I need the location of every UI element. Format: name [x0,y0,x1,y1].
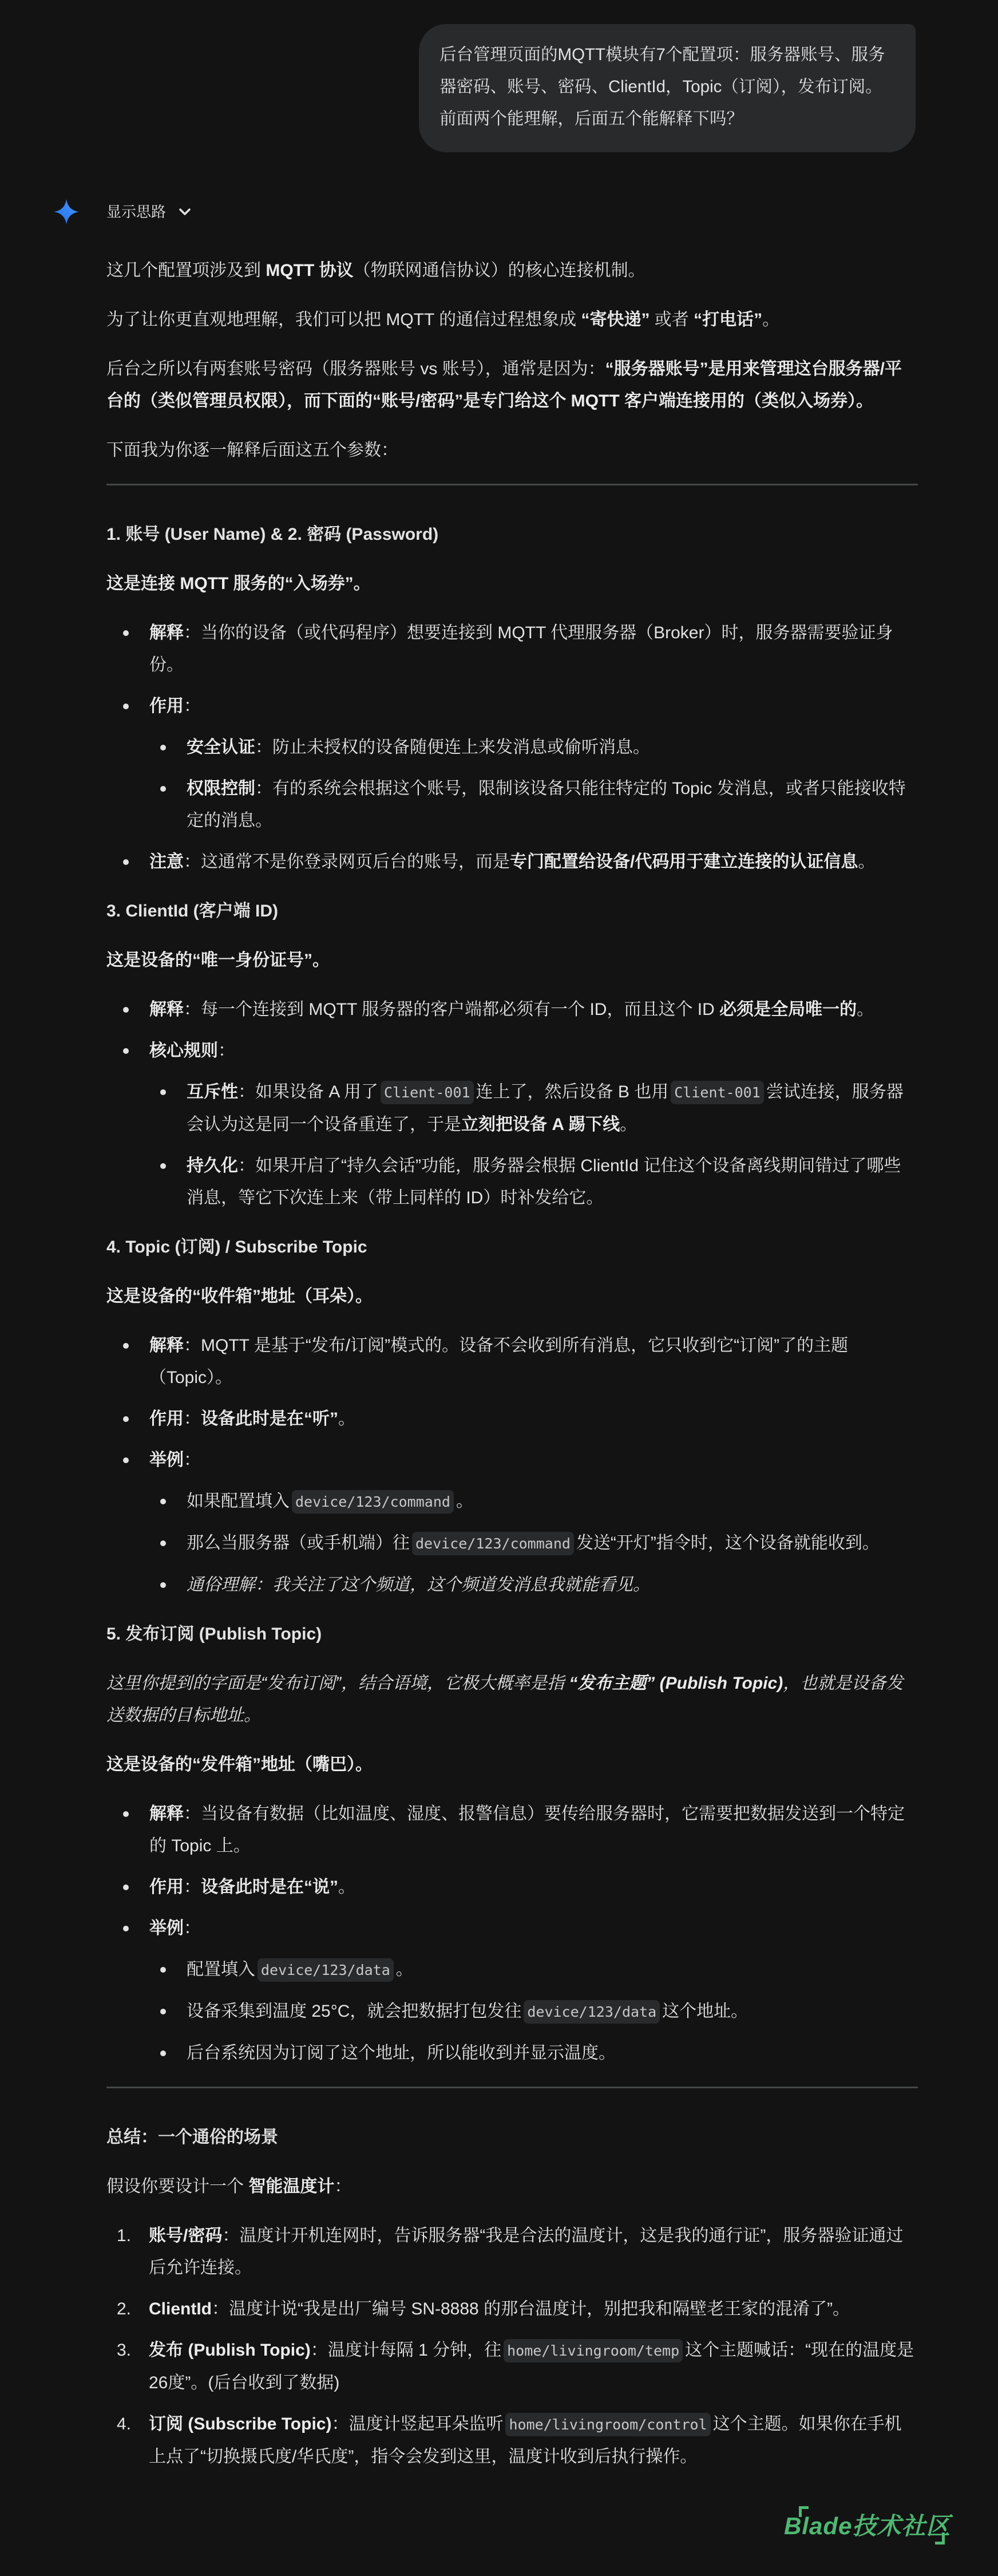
clientid-list: 解释：每一个连接到 MQTT 服务器的客户端都必须有一个 ID，而且这个 ID … [106,994,918,1214]
list-item: 举例： 如果配置填入device/123/command。 那么当服务器（或手机… [149,1444,918,1601]
list-item: 解释：MQTT 是基于“发布/订阅”模式的。设备不会收到所有消息，它只收到它“订… [149,1330,918,1394]
inline-code: device/123/command [412,1532,574,1555]
user-message-bubble: 后台管理页面的MQTT模块有7个配置项：服务器账号、服务器密码、账号、密码、Cl… [419,24,916,152]
intro-paragraph-2: 为了让你更直观地理解，我们可以把 MQTT 的通信过程想象成 “寄快递” 或者 … [106,304,918,336]
inline-code: Client-001 [381,1081,474,1104]
gemini-sparkle-icon [49,195,84,229]
inline-code: device/123/data [524,2000,660,2024]
list-item: 举例： 配置填入device/123/data。 设备采集到温度 25°C，就会… [149,1913,918,2069]
divider [106,484,918,485]
list-item: 2.ClientId：温度计说“我是出厂编号 SN-8888 的那台温度计，别把… [149,2293,918,2325]
list-item: 如果配置填入device/123/command。 [187,1485,918,1518]
user-message-text: 后台管理页面的MQTT模块有7个配置项：服务器账号、服务器密码、账号、密码、Cl… [439,45,885,128]
user-message-row: 后台管理页面的MQTT模块有7个配置项：服务器账号、服务器密码、账号、密码、Cl… [0,24,998,152]
intro-paragraph-3: 后台之所以有两套账号密码（服务器账号 vs 账号），通常是因为：“服务器账号”是… [106,353,918,417]
list-item: 解释：当设备有数据（比如温度、湿度、报警信息）要传给服务器时，它需要把数据发送到… [149,1798,918,1862]
list-item: 权限控制：有的系统会根据这个账号，限制该设备只能往特定的 Topic 发消息，或… [187,773,918,837]
section-subtitle-clientid: 这是设备的“唯一身份证号”。 [106,945,918,977]
section-title-credentials: 1. 账号 (User Name) & 2. 密码 (Password) [106,519,918,551]
summary-intro: 假设你要设计一个 智能温度计： [106,2171,918,2203]
watermark: Blade技术社区 [784,2512,951,2541]
list-item: 4.订阅 (Subscribe Topic)：温度计竖起耳朵监听home/liv… [149,2408,918,2473]
inline-code: home/livingroom/temp [504,2339,683,2362]
list-item: 设备采集到温度 25°C，就会把数据打包发往device/123/data这个地… [187,1996,918,2028]
list-item: 安全认证：防止未授权的设备随便连上来发消息或偷听消息。 [187,732,918,764]
list-item: 后台系统因为订阅了这个地址，所以能收到并显示温度。 [187,2037,918,2069]
section-note-publish-topic: 这里你提到的字面是“发布订阅”，结合语境，它极大概率是指 “发布主题” (Pub… [106,1668,918,1732]
list-item: 1.账号/密码：温度计开机连网时，告诉服务器“我是合法的温度计，这是我的通行证”… [149,2220,918,2284]
divider [106,2087,918,2088]
list-item: 通俗理解：我关注了这个频道，这个频道发消息我就能看见。 [187,1569,918,1601]
subscribe-topic-list: 解释：MQTT 是基于“发布/订阅”模式的。设备不会收到所有消息，它只收到它“订… [106,1330,918,1601]
intro-paragraph-1: 这几个配置项涉及到 MQTT 协议（物联网通信协议）的核心连接机制。 [106,255,918,287]
list-item: 那么当服务器（或手机端）往device/123/command发送“开灯”指令时… [187,1527,918,1560]
section-title-publish-topic: 5. 发布订阅 (Publish Topic) [106,1618,918,1650]
intro-paragraph-4: 下面我为你逐一解释后面这五个参数： [106,434,918,467]
section-title-subscribe-topic: 4. Topic (订阅) / Subscribe Topic [106,1231,918,1263]
list-item: 作用：设备此时是在“听”。 [149,1403,918,1435]
list-item: 配置填入device/123/data。 [187,1954,918,1986]
list-item: 互斥性：如果设备 A 用了Client-001连上了，然后设备 B 也用Clie… [187,1076,918,1141]
publish-topic-list: 解释：当设备有数据（比如温度、湿度、报警信息）要传给服务器时，它需要把数据发送到… [106,1798,918,2069]
inline-code: home/livingroom/control [505,2413,710,2436]
list-item: 解释：每一个连接到 MQTT 服务器的客户端都必须有一个 ID，而且这个 ID … [149,994,918,1026]
show-thinking-label[interactable]: 显示思路 [106,196,166,228]
list-item: 注意：这通常不是你登录网页后台的账号，而是专门配置给设备/代码用于建立连接的认证… [149,846,918,878]
inline-code: Client-001 [671,1081,764,1104]
watermark-corner-icon [935,2532,945,2545]
summary-list: 1.账号/密码：温度计开机连网时，告诉服务器“我是合法的温度计，这是我的通行证”… [106,2220,918,2473]
section-subtitle-subscribe-topic: 这是设备的“收件箱”地址（耳朵）。 [106,1281,918,1313]
list-item: 解释：当你的设备（或代码程序）想要连接到 MQTT 代理服务器（Broker）时… [149,617,918,681]
section-subtitle-credentials: 这是连接 MQTT 服务的“入场券”。 [106,568,918,600]
inline-code: device/123/data [258,1958,394,1982]
inline-code: device/123/command [292,1490,454,1514]
chevron-down-icon[interactable] [179,206,191,218]
list-item: 核心规则： 互斥性：如果设备 A 用了Client-001连上了，然后设备 B … [149,1035,918,1214]
show-thinking-toggle[interactable]: 显示思路 [49,195,191,229]
assistant-response: 这几个配置项涉及到 MQTT 协议（物联网通信协议）的核心连接机制。 为了让你更… [106,255,918,2490]
list-item: 作用： 安全认证：防止未授权的设备随便连上来发消息或偷听消息。 权限控制：有的系… [149,690,918,837]
list-item: 3.发布 (Publish Topic)：温度计每隔 1 分钟，往home/li… [149,2334,918,2399]
list-item: 持久化：如果开启了“持久会话”功能，服务器会根据 ClientId 记住这个设备… [187,1150,918,1214]
section-title-clientid: 3. ClientId (客户端 ID) [106,895,918,927]
credentials-list: 解释：当你的设备（或代码程序）想要连接到 MQTT 代理服务器（Broker）时… [106,617,918,878]
section-subtitle-publish-topic: 这是设备的“发件箱”地址（嘴巴）。 [106,1749,918,1781]
summary-title: 总结：一个通俗的场景 [106,2121,918,2154]
list-item: 作用：设备此时是在“说”。 [149,1871,918,1903]
